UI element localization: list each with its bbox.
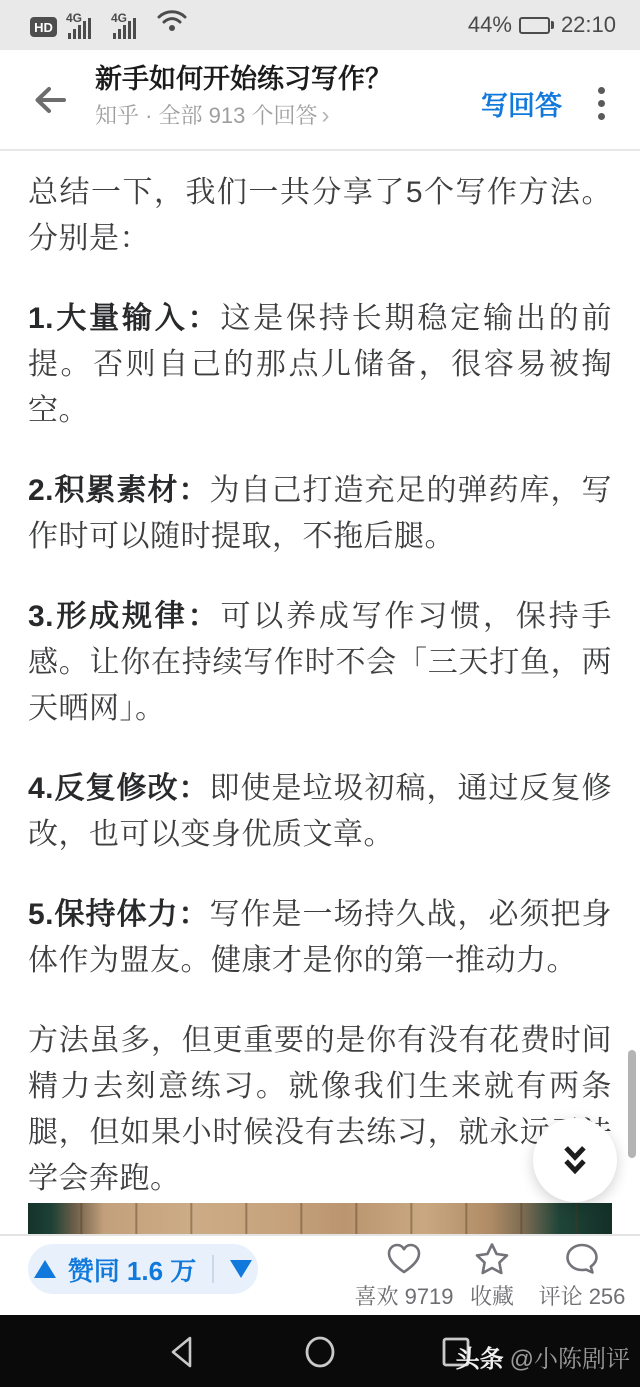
favorite-label: 收藏 xyxy=(470,1280,514,1311)
chevron-right-icon: › xyxy=(321,105,329,127)
answers-count-text: 知乎 · 全部 913 个回答 xyxy=(95,100,317,132)
like-label: 喜欢 9719 xyxy=(354,1280,453,1311)
paragraph-text: 总结一下，我们一共分享了5个写作方法。分别是： xyxy=(28,176,612,255)
heart-icon xyxy=(385,1242,423,1276)
answers-count-link[interactable]: 知乎 · 全部 913 个回答 › xyxy=(95,100,392,132)
signal-strength-icon-1: 4G xyxy=(66,12,102,39)
battery-percent-text: 44% xyxy=(468,12,512,38)
paragraph-lead: 3.形成规律： xyxy=(28,600,220,633)
scroll-down-button[interactable] xyxy=(533,1118,617,1202)
comment-label: 评论 256 xyxy=(539,1280,626,1311)
android-nav-bar: 头条 @小陈剧评 xyxy=(0,1315,640,1387)
article-image[interactable] xyxy=(28,1203,612,1234)
nav-back-icon[interactable] xyxy=(163,1332,203,1372)
app-header: 新手如何开始练习写作？ 知乎 · 全部 913 个回答 › 写回答 xyxy=(0,50,640,151)
article-paragraph: 3.形成规律：可以养成写作习惯，保持手感。让你在持续写作时不会「三天打鱼，两天晒… xyxy=(28,594,612,732)
star-icon xyxy=(474,1242,510,1276)
vote-pill: 赞同 1.6 万 xyxy=(28,1244,258,1294)
upvote-button[interactable]: 赞同 1.6 万 xyxy=(68,1251,197,1288)
phone-screen: HD 4G 4G 44% 22:10 xyxy=(0,0,640,1387)
status-right-cluster: 44% 22:10 xyxy=(468,0,616,50)
hd-volte-icon: HD xyxy=(30,17,57,37)
article-paragraph: 1.大量输入：这是保持长期稳定输出的前提。否则自己的那点儿储备，很容易被掏空。 xyxy=(28,296,612,434)
upvote-icon[interactable] xyxy=(34,1260,56,1278)
comment-button[interactable]: 评论 256 xyxy=(524,1242,640,1311)
write-answer-button[interactable]: 写回答 xyxy=(481,84,562,123)
question-header[interactable]: 新手如何开始练习写作？ 知乎 · 全部 913 个回答 › xyxy=(95,61,392,132)
nav-home-icon[interactable] xyxy=(300,1332,340,1372)
article-paragraph: 2.积累素材：为自己打造充足的弹药库，写作时可以随时提取，不拖后腿。 xyxy=(28,468,612,560)
paragraph-lead: 2.积累素材： xyxy=(28,474,210,507)
comment-bubble-icon xyxy=(564,1242,600,1276)
answer-body: 总结一下，我们一共分享了5个写作方法。分别是： 1.大量输入：这是保持长期稳定输… xyxy=(0,153,640,1236)
paragraph-text: 方法虽多，但更重要的是你有没有花费时间精力去刻意练习。就像我们生来就有两条腿，但… xyxy=(28,1024,612,1195)
paragraph-lead: 1.大量输入： xyxy=(28,302,220,335)
watermark: 头条 @小陈剧评 xyxy=(456,1339,630,1374)
watermark-handle: @小陈剧评 xyxy=(510,1339,630,1374)
scrollbar[interactable] xyxy=(628,1050,636,1158)
like-button[interactable]: 喜欢 9719 xyxy=(348,1242,460,1311)
back-arrow-icon[interactable] xyxy=(30,80,70,120)
clock-text: 22:10 xyxy=(561,12,616,38)
article-paragraph: 总结一下，我们一共分享了5个写作方法。分别是： xyxy=(28,170,612,262)
paragraph-lead: 4.反复修改： xyxy=(28,772,210,805)
status-bar: HD 4G 4G 44% 22:10 xyxy=(0,0,640,50)
status-left-cluster: HD 4G 4G xyxy=(30,11,188,39)
downvote-icon[interactable] xyxy=(230,1260,252,1278)
favorite-button[interactable]: 收藏 xyxy=(452,1242,532,1311)
more-options-icon[interactable] xyxy=(590,78,612,128)
signal-strength-icon-2: 4G xyxy=(111,12,147,39)
wifi-icon xyxy=(156,7,188,38)
pill-divider xyxy=(212,1255,214,1283)
article-paragraph: 5.保持体力：写作是一场持久战，必须把身体作为盟友。健康才是你的第一推动力。 xyxy=(28,892,612,984)
bottom-action-bar: 赞同 1.6 万 喜欢 9719 收藏 评论 256 xyxy=(0,1234,640,1315)
paragraph-lead: 5.保持体力： xyxy=(28,898,210,931)
page-title: 新手如何开始练习写作？ xyxy=(95,61,392,97)
article-paragraph: 方法虽多，但更重要的是你有没有花费时间精力去刻意练习。就像我们生来就有两条腿，但… xyxy=(28,1018,612,1202)
battery-icon xyxy=(519,17,554,34)
double-chevron-down-icon xyxy=(555,1140,595,1180)
article-paragraph: 4.反复修改：即使是垃圾初稿，通过反复修改，也可以变身优质文章。 xyxy=(28,766,612,858)
watermark-brand: 头条 xyxy=(456,1339,504,1374)
